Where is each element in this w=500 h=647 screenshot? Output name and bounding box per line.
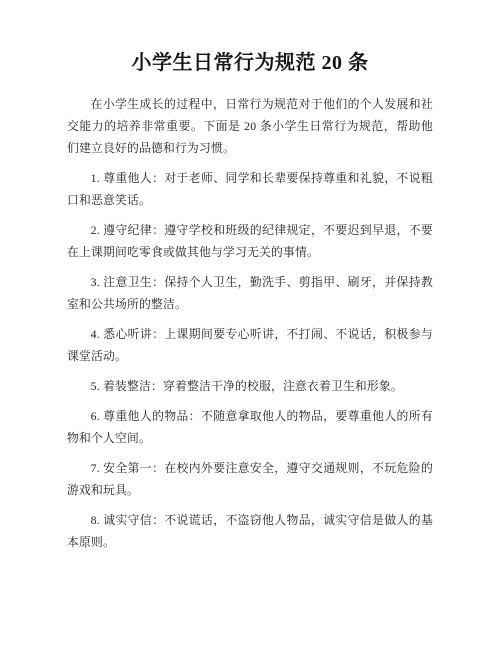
rule-item-5: 5. 着装整洁：穿着整洁干净的校服，注意衣着卫生和形象。	[67, 375, 433, 397]
rule-heading: 8. 诚实守信：	[91, 513, 165, 527]
rule-heading: 5. 着装整洁：	[91, 379, 163, 393]
intro-paragraph: 在小学生成长的过程中，日常行为规范对于他们的个人发展和社交能力的培养非常重要。下…	[67, 93, 433, 159]
document-title: 小学生日常行为规范 20 条	[67, 48, 433, 78]
rule-heading: 7. 安全第一：	[91, 461, 165, 475]
rule-item-7: 7. 安全第一：在校内外要注意安全，遵守交通规则，不玩危险的游戏和玩具。	[67, 457, 433, 501]
rule-heading: 2. 遵守纪律：	[91, 223, 165, 237]
rule-heading: 1. 尊重他人：	[91, 171, 165, 185]
rule-heading: 3. 注意卫生：	[91, 275, 165, 289]
rule-item-3: 3. 注意卫生：保持个人卫生，勤洗手、剪指甲、刷牙，并保持教室和公共场所的整洁。	[67, 271, 433, 315]
rule-item-8: 8. 诚实守信：不说谎话，不盗窃他人物品，诚实守信是做人的基本原则。	[67, 509, 433, 553]
rule-item-6: 6. 尊重他人的物品：不随意拿取他人的物品，要尊重他人的所有物和个人空间。	[67, 405, 433, 449]
rule-text: 穿着整洁干净的校服，注意衣着卫生和形象。	[163, 379, 403, 393]
document-page: 小学生日常行为规范 20 条 在小学生成长的过程中，日常行为规范对于他们的个人发…	[0, 0, 500, 647]
rule-item-1: 1. 尊重他人：对于老师、同学和长辈要保持尊重和礼貌，不说粗口和恶意笑话。	[67, 167, 433, 211]
rule-heading: 4. 悉心听讲：	[91, 327, 165, 341]
rule-item-2: 2. 遵守纪律：遵守学校和班级的纪律规定，不要迟到早退，不要在上课期间吃零食或做…	[67, 219, 433, 263]
rule-item-4: 4. 悉心听讲：上课期间要专心听讲，不打闹、不说话，积极参与课堂活动。	[67, 323, 433, 367]
rule-heading: 6. 尊重他人的物品：	[91, 409, 201, 423]
